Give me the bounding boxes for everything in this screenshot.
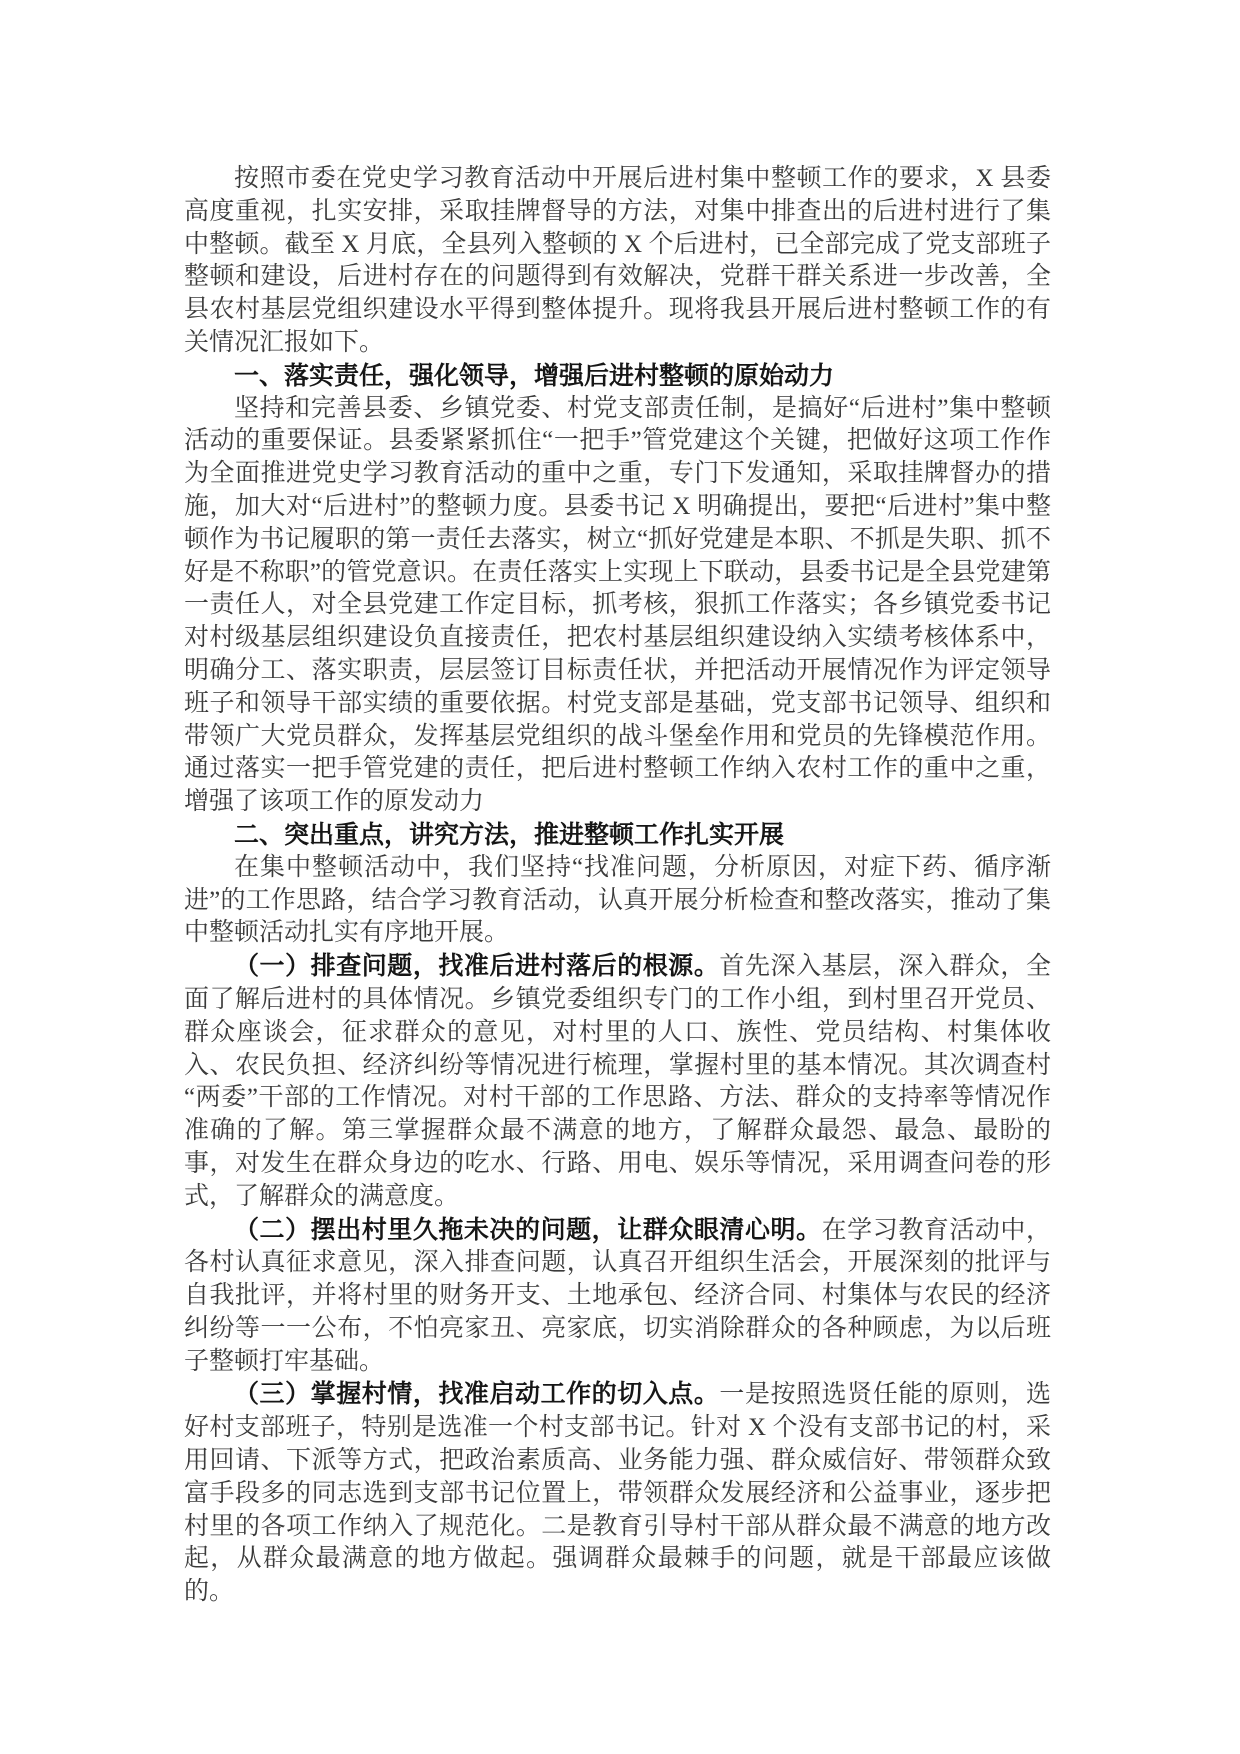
document-paragraph: 坚持和完善县委、乡镇党委、村党支部责任制，是搞好“后进村”集中整顿活动的重要保证… [184,393,1051,819]
document-paragraph: （三）掌握村情，找准启动工作的切入点。一是按照选贤任能的原则，选好村支部班子，特… [184,1378,1051,1609]
document-paragraph: 在集中整顿活动中，我们坚持“找准问题，分析原因，对症下药、循序渐进”的工作思路，… [184,852,1051,950]
paragraph-lead: （三）掌握村情，找准启动工作的切入点。 [234,1380,719,1408]
document-paragraph: 按照市委在党史学习教育活动中开展后进村集中整顿工作的要求，X 县委高度重视，扎实… [184,163,1051,360]
paragraph-lead: （一）排查问题，找准后进村落后的根源。 [234,952,719,980]
paragraph-lead: （二）摆出村里久拖未决的问题，让群众眼清心明。 [234,1216,822,1244]
document-body: 按照市委在党史学习教育活动中开展后进村集中整顿工作的要求，X 县委高度重视，扎实… [184,163,1051,1609]
document-paragraph: （一）排查问题，找准后进村落后的根源。首先深入基层，深入群众，全面了解后进村的具… [184,950,1051,1213]
document-paragraph: （二）摆出村里久拖未决的问题，让群众眼清心明。在学习教育活动中，各村认真征求意见… [184,1214,1051,1379]
section-heading: 二、突出重点，讲究方法，推进整顿工作扎实开展 [184,819,1051,852]
section-heading: 一、落实责任，强化领导，增强后进村整顿的原始动力 [184,360,1051,393]
document-page: 按照市委在党史学习教育活动中开展后进村集中整顿工作的要求，X 县委高度重视，扎实… [0,0,1240,1754]
